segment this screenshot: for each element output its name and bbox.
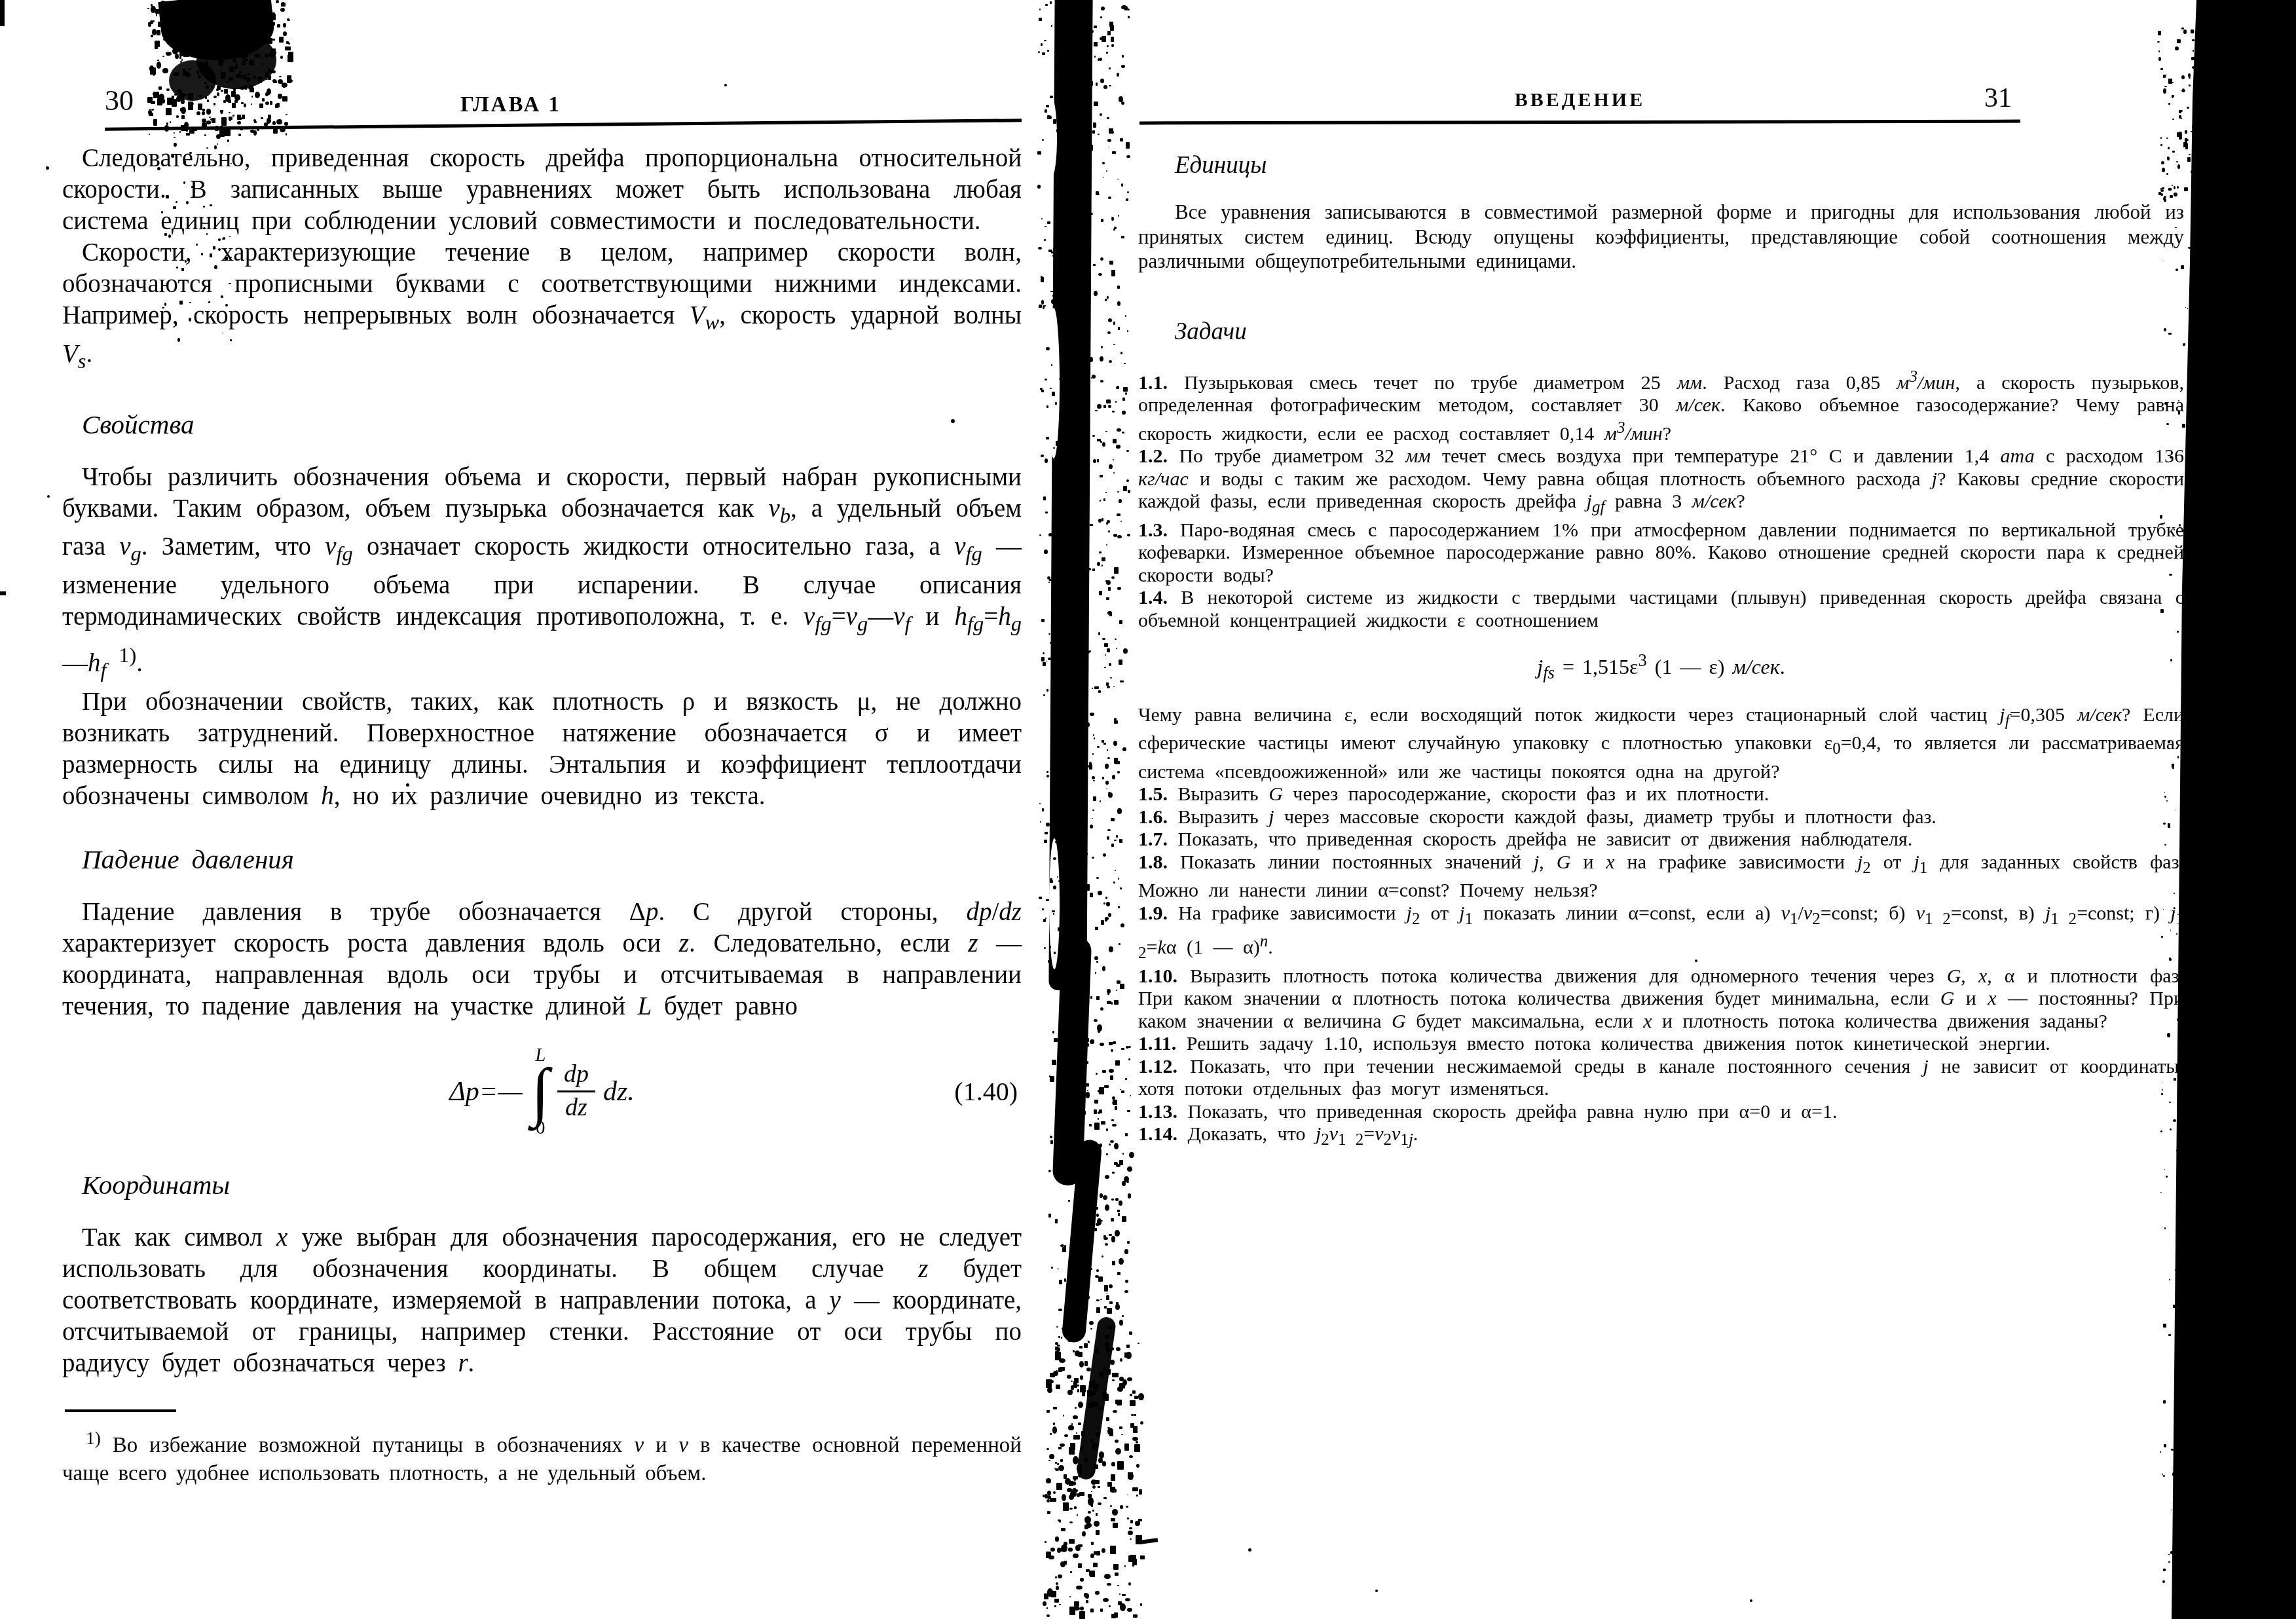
equation-lhs: Δp=—	[449, 1076, 522, 1107]
equation-rhs: dz.	[603, 1076, 635, 1107]
scan-edge-left-dash	[0, 591, 6, 595]
problem-formula: jfs = 1,515ε3 (1 — ε) м/сек.	[1138, 649, 2184, 684]
right-running-head: ВВЕДЕНИЕ	[1139, 89, 2020, 111]
problem-item: 1.4. В некоторой системе из жидкости с т…	[1138, 587, 2184, 632]
section-heading-coordinates: Координаты	[82, 1172, 1022, 1199]
problem-number: 1.5.	[1138, 783, 1168, 805]
integral-glyph: ∫	[532, 1065, 549, 1119]
problem-item: 1.12. Показать, что при течении несжимае…	[1138, 1056, 2184, 1101]
gutter-shadow-tail	[1076, 1316, 1117, 1480]
problem-number: 1.6.	[1138, 806, 1168, 828]
problem-number: 1.9.	[1138, 903, 1168, 924]
section-heading-units: Единицы	[1175, 153, 2184, 177]
problems-list: 1.1. Пузырьковая смесь течет по трубе ди…	[1138, 366, 2184, 1152]
problem-item-continuation: Чему равна величина ε, если восходящий п…	[1138, 704, 2184, 784]
problem-number: 1.13.	[1138, 1101, 1177, 1123]
problem-item: 1.5. Выразить G через паросодержание, ск…	[1138, 783, 2184, 806]
problem-item: 1.11. Решить задачу 1.10, используя вмес…	[1138, 1033, 2184, 1056]
problem-item: 1.10. Выразить плотность потока количест…	[1138, 965, 2184, 1033]
problem-item: 1.1. Пузырьковая смесь течет по трубе ди…	[1138, 366, 2184, 446]
equation-1-40: Δp=— L ∫ 0 dp dz dz. (1.40)	[62, 1046, 1022, 1138]
problem-number: 1.10.	[1138, 965, 1177, 987]
problem-number: 1.12.	[1138, 1056, 1177, 1077]
problem-item: 1.6. Выразить j через массовые скорости …	[1138, 806, 2184, 829]
problem-item: 1.9. На графике зависимости j2 от j1 пок…	[1138, 903, 2184, 965]
problem-number: 1.1.	[1138, 372, 1168, 394]
fraction-dp-dz: dp dz	[557, 1062, 595, 1121]
problem-number: 1.2.	[1138, 445, 1168, 467]
right-page-body: Единицы Все уравнения записываются в сов…	[1138, 153, 2184, 1152]
gutter-highlight	[1048, 308, 1060, 458]
problem-number: 1.3.	[1138, 519, 1168, 541]
section-heading-problems: Задачи	[1175, 320, 2184, 344]
left-page-body: Следовательно, приведенная скорость дрей…	[62, 143, 1022, 1488]
paragraph-property-symbols: При обозначении свойств, таких, как плот…	[62, 686, 1022, 812]
problem-item: 1.7. Показать, что приведенная скорость …	[1138, 828, 2184, 851]
equation-body: Δp=— L ∫ 0 dp dz dz.	[449, 1046, 635, 1138]
left-header-rule	[105, 119, 1022, 130]
integral-sign: L ∫ 0	[532, 1046, 549, 1138]
problem-item: 1.14. Доказать, что j2v1 2=v2v1j.	[1138, 1123, 2184, 1152]
problem-item: 1.13. Показать, что приведенная скорость…	[1138, 1101, 2184, 1124]
integral-lower-limit: 0	[536, 1119, 546, 1138]
equation-number: (1.40)	[954, 1076, 1018, 1107]
gutter-highlight	[1046, 98, 1057, 177]
problem-number: 1.4.	[1138, 587, 1168, 608]
problem-item: 1.2. По трубе диаметром 32 мм течет смес…	[1138, 445, 2184, 519]
problem-item: 1.8. Показать линии постоянных значений …	[1138, 851, 2184, 903]
stray-mark	[1141, 1538, 1158, 1544]
paragraph-drift-velocity: Следовательно, приведенная скорость дрей…	[62, 143, 1022, 237]
book-scan: 30 ГЛАВА 1 Следовательно, приведенная ск…	[0, 0, 2296, 1619]
fraction-numerator: dp	[557, 1062, 595, 1092]
gutter-highlight	[1049, 838, 1060, 969]
problem-number: 1.8.	[1138, 851, 1168, 873]
section-heading-properties: Свойства	[82, 411, 1022, 438]
scan-edge-left-mark	[0, 0, 5, 26]
problem-item: 1.3. Паро-водяная смесь с паросодержание…	[1138, 519, 2184, 587]
problem-number: 1.7.	[1138, 828, 1168, 850]
right-header-rule	[1139, 120, 2020, 125]
scan-edge-right	[2168, 0, 2296, 1619]
section-heading-pressure-drop: Падение давления	[82, 846, 1022, 873]
paragraph-volume-notation: Чтобы различить обозначения объема и ско…	[62, 462, 1022, 686]
footnote: 1) Во избежание возможной путаницы в обо…	[62, 1424, 1022, 1488]
footnote-rule	[65, 1409, 176, 1412]
fraction-denominator: dz	[565, 1092, 587, 1121]
paragraph-coordinates: Так как символ x уже выбран для обозначе…	[62, 1222, 1022, 1379]
problem-number: 1.11.	[1138, 1033, 1176, 1054]
paragraph-pressure-drop: Падение давления в трубе обозначается Δp…	[62, 897, 1022, 1022]
paragraph-units: Все уравнения записываются в совместимой…	[1138, 200, 2184, 274]
paragraph-wave-velocities: Скорости, характеризующие течение в цело…	[62, 237, 1022, 377]
ink-blot	[169, 60, 216, 101]
problem-number: 1.14.	[1138, 1123, 1177, 1145]
